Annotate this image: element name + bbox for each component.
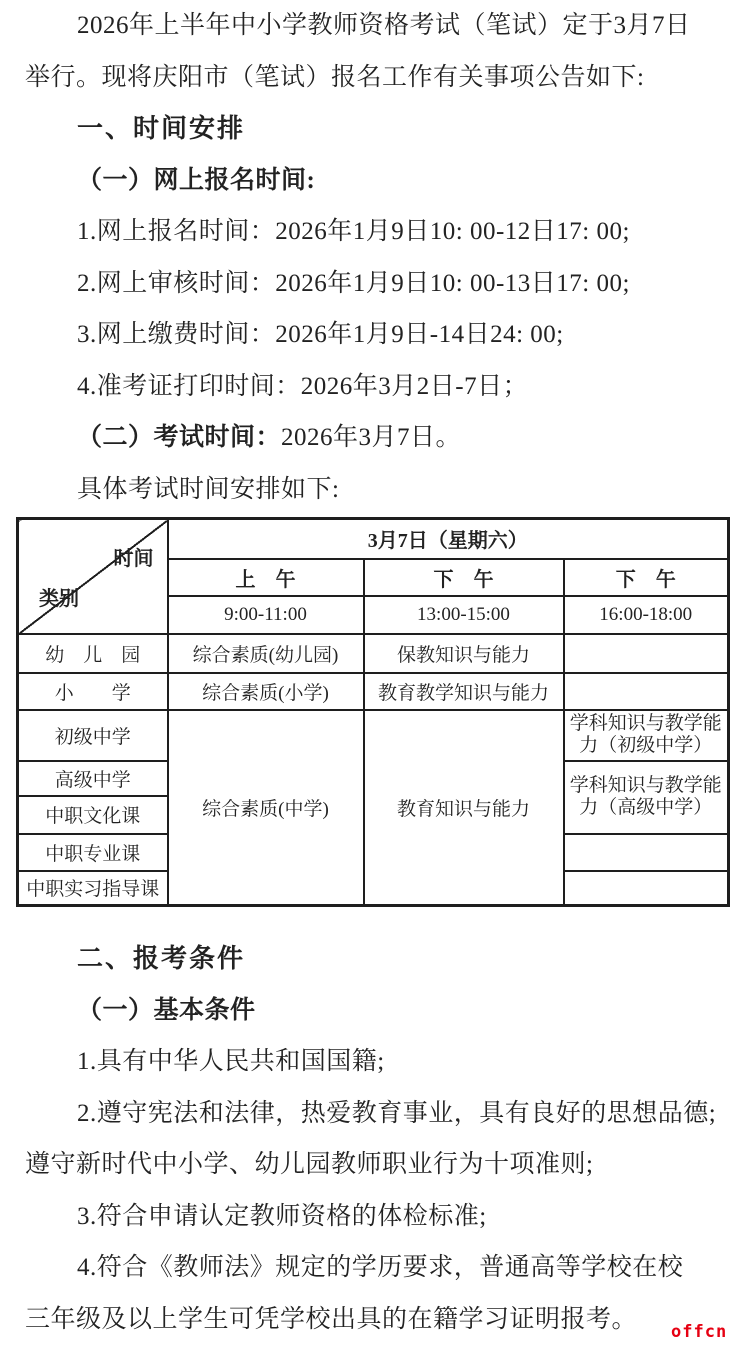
condition-item-4-line-2: 三年级及以上学生可凭学校出具的在籍学习证明报考。	[25, 1294, 720, 1345]
subject-cell-text: 学科知识与教学能力（初级中学）	[567, 713, 726, 757]
empty-cell	[564, 871, 729, 906]
subject-cell: 教育教学知识与能力	[364, 673, 564, 710]
category-cell: 幼 儿 园	[18, 634, 168, 673]
exam-time-value: 2026年3月7日。	[281, 424, 461, 451]
table-row-kindergarten: 幼 儿 园 综合素质(幼儿园) 保教知识与能力	[18, 634, 729, 673]
exam-schedule-table: 时间 类别 3月7日（星期六） 上 午 下 午 下 午 9:00-11:00 1…	[16, 517, 730, 907]
announcement-document: 2026年上半年中小学教师资格考试（笔试）定于3月7日 举行。现将庆阳市（笔试）…	[0, 0, 742, 1345]
corner-category-label: 类别	[39, 582, 79, 611]
intro-line-2: 举行。现将庆阳市（笔试）报名工作有关事项公告如下:	[25, 52, 720, 104]
empty-cell	[564, 834, 729, 871]
section-2-heading: 二、报考条件	[25, 933, 720, 985]
section-1-2-heading: （二）考试时间：2026年3月7日。	[25, 412, 720, 464]
condition-item-4-line-1: 4.符合《教师法》规定的学历要求，普通高等学校在校	[25, 1242, 720, 1294]
document-body-bottom: 二、报考条件 （一）基本条件 1.具有中华人民共和国国籍; 2.遵守宪法和法律，…	[0, 933, 742, 1345]
session-afternoon-cell: 下 午	[364, 559, 564, 596]
category-cell: 小 学	[18, 673, 168, 710]
time-item-admission-ticket: 4.准考证打印时间：2026年3月2日-7日；	[25, 361, 720, 413]
corner-header-cell: 时间 类别	[18, 519, 168, 634]
time-afternoon-cell: 13:00-15:00	[364, 596, 564, 634]
condition-item-2-line-2: 遵守新时代中小学、幼儿园教师职业行为十项准则;	[25, 1139, 720, 1191]
merged-subject-cell: 教育知识与能力	[364, 710, 564, 906]
time-late-cell: 16:00-18:00	[564, 596, 729, 634]
category-cell: 中职文化课	[18, 796, 168, 834]
session-morning-cell: 上 午	[168, 559, 364, 596]
section-1-1-heading: （一）网上报名时间:	[25, 155, 720, 207]
subject-cell: 学科知识与教学能力（高级中学）	[564, 761, 729, 834]
session-late-cell: 下 午	[564, 559, 729, 596]
time-item-payment: 3.网上缴费时间：2026年1月9日-14日24: 00;	[25, 309, 720, 361]
offcn-watermark: offcn	[671, 1322, 727, 1342]
table-row-junior-secondary: 初级中学 综合素质(中学) 教育知识与能力 学科知识与教学能力（初级中学）	[18, 710, 729, 761]
condition-item-2-line-1: 2.遵守宪法和法律，热爱教育事业，具有良好的思想品德;	[25, 1088, 720, 1140]
category-cell: 中职专业课	[18, 834, 168, 871]
table-header-row-date: 时间 类别 3月7日（星期六）	[18, 519, 729, 559]
subject-cell-text: 学科知识与教学能力（高级中学）	[567, 775, 726, 819]
condition-item-3: 3.符合申请认定教师资格的体检标准;	[25, 1191, 720, 1243]
table-row-primary: 小 学 综合素质(小学) 教育教学知识与能力	[18, 673, 729, 710]
date-header-cell: 3月7日（星期六）	[168, 519, 729, 559]
document-body-top: 2026年上半年中小学教师资格考试（笔试）定于3月7日 举行。现将庆阳市（笔试）…	[0, 0, 742, 515]
category-cell: 初级中学	[18, 710, 168, 761]
merged-subject-cell: 综合素质(中学)	[168, 710, 364, 906]
section-2-1-heading: （一）基本条件	[25, 985, 720, 1037]
subject-cell: 综合素质(小学)	[168, 673, 364, 710]
empty-cell	[564, 634, 729, 673]
section-1-heading: 一、时间安排	[25, 103, 720, 155]
category-cell: 高级中学	[18, 761, 168, 796]
subject-cell: 保教知识与能力	[364, 634, 564, 673]
subject-cell: 学科知识与教学能力（初级中学）	[564, 710, 729, 761]
intro-line-1: 2026年上半年中小学教师资格考试（笔试）定于3月7日	[25, 0, 720, 52]
empty-cell	[564, 673, 729, 710]
time-morning-cell: 9:00-11:00	[168, 596, 364, 634]
time-item-registration: 1.网上报名时间：2026年1月9日10: 00-12日17: 00;	[25, 206, 720, 258]
exam-time-label: （二）考试时间：	[77, 424, 281, 451]
condition-item-1: 1.具有中华人民共和国国籍;	[25, 1036, 720, 1088]
category-cell: 中职实习指导课	[18, 871, 168, 906]
time-item-review: 2.网上审核时间：2026年1月9日10: 00-13日17: 00;	[25, 258, 720, 310]
table-intro-line: 具体考试时间安排如下:	[25, 464, 720, 516]
corner-time-label: 时间	[114, 542, 154, 571]
subject-cell: 综合素质(幼儿园)	[168, 634, 364, 673]
